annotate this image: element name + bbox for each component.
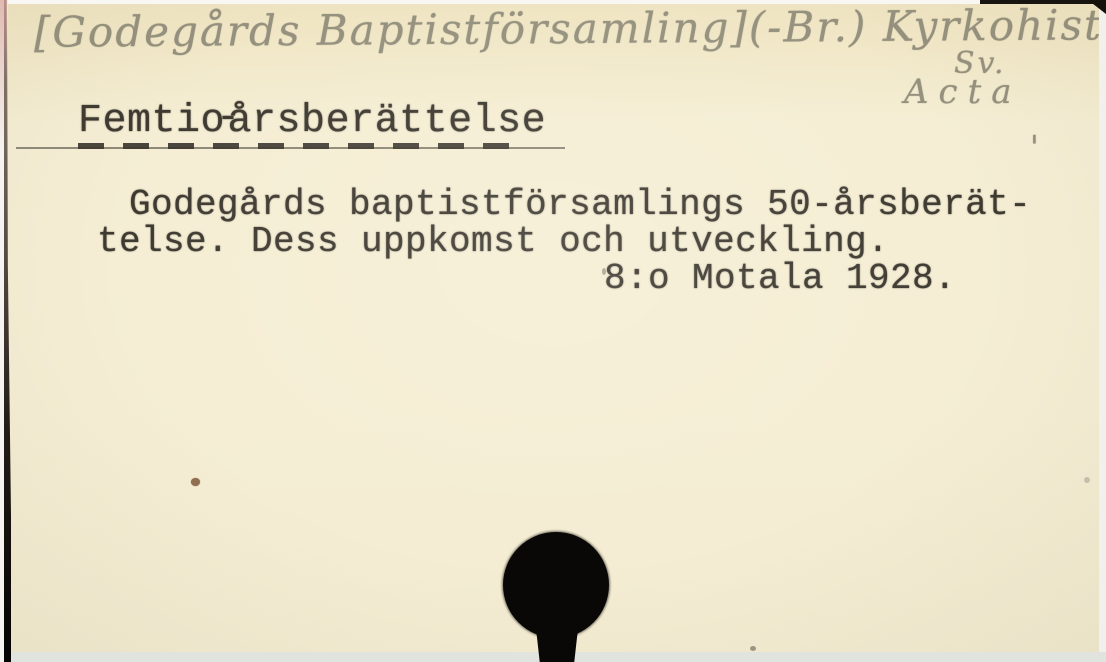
paper-speck	[602, 268, 606, 275]
card-title-part1: Femtio	[78, 99, 225, 144]
body-imprint-line: 8:o Motala 1928.	[604, 260, 956, 298]
scanned-catalog-card-page: [Godegårds Baptistförsamling](-Br.) Kyrk…	[0, 0, 1106, 662]
card-title-overstruck-hyphen: -	[216, 97, 241, 141]
title-underline-typewriter-dashes	[78, 143, 515, 149]
scan-margin-top	[0, 0, 1106, 4]
paper-speck	[191, 478, 200, 486]
paper-speck	[1084, 477, 1090, 483]
handwritten-classification-line: [Godegårds Baptistförsamling](-Br.) Kyrk…	[34, 0, 1106, 57]
scan-edge-shadow-top-right	[980, 0, 1106, 4]
punch-hole-slot	[533, 615, 581, 662]
scan-margin-right	[1099, 0, 1106, 662]
card-title-part2: årsberättelse	[228, 99, 547, 144]
card-title: Femtio-årsberättelse	[78, 100, 546, 144]
body-line-2: telse. Dess uppkomst och utveckling.	[97, 223, 889, 261]
body-line-1: Godegårds baptistförsamlings 50-årsberät…	[129, 186, 1031, 224]
paper-speck	[750, 646, 756, 651]
handwritten-stray-mark: '	[1030, 128, 1039, 166]
handwritten-note-acta: Acta	[904, 72, 1022, 112]
